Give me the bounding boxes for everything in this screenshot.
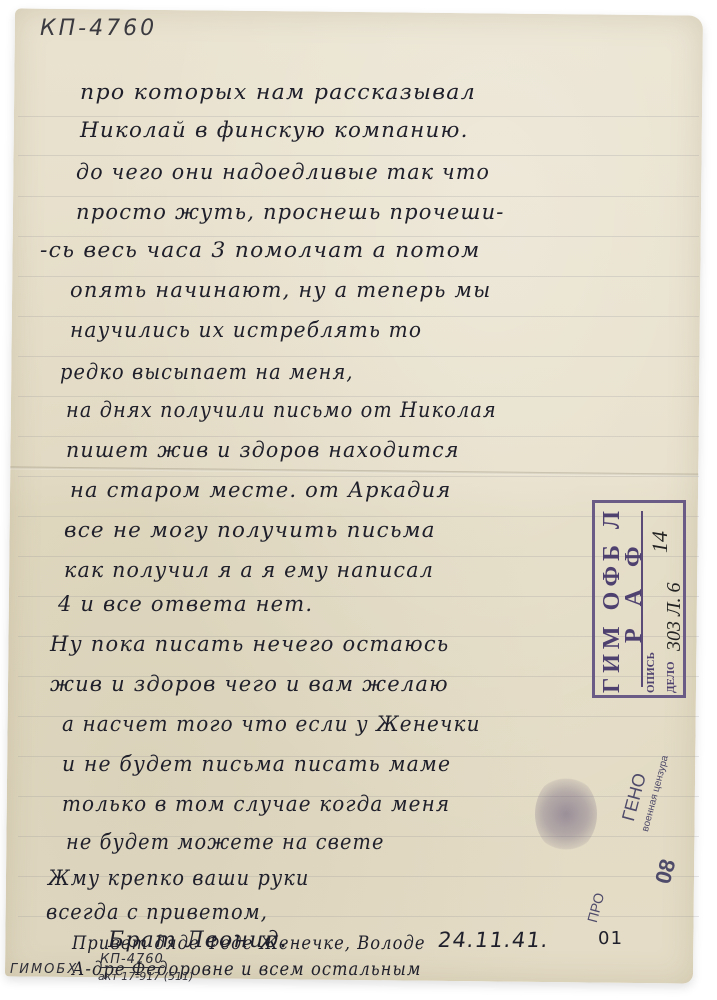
archive-denominator: акт 17-917 (511) [98, 970, 193, 983]
archive-stamp: ГИМ ОФБ Л Р А Ф ОПИСЬ ДЕЛО 14 303 Л. 6 [592, 500, 686, 698]
archive-prefix: ГИМОБХ [10, 962, 78, 977]
letter-line: Ну пока писать нечего остаюсь [50, 632, 449, 656]
letter-line: и не будет письма писать маме [62, 752, 451, 776]
letter-line: на днях получили письмо от Николая [66, 398, 497, 422]
letter-line: про которых нам рассказывал [80, 80, 476, 104]
letter-line: не будет можете на свете [66, 830, 385, 854]
stamp-line2: Р А Ф [621, 538, 648, 643]
archive-numerator: КП-4760 [100, 952, 164, 968]
letter-line: научились их истреблять то [70, 318, 422, 342]
letter-line: Николай в финскую компанию. [80, 118, 469, 142]
letter-line: опять начинают, ну а теперь мы [70, 278, 491, 302]
letter-line: а насчет того что если у Женечки [62, 712, 481, 736]
stamp-delo-label: ДЕЛО [665, 661, 677, 693]
letter-line: 4 и все ответа нет. [58, 592, 313, 616]
signature-line: Брат Леонид. [108, 928, 288, 953]
letter-line: просто жуть, проснешь прочеши- [76, 200, 505, 224]
date: 24.11.41. [436, 928, 550, 952]
letter-line: жив и здоров чего и вам желаю [50, 672, 449, 696]
catalog-number: КП-4760 [40, 16, 157, 41]
letter-line: только в том случае когда меня [62, 792, 450, 816]
letter-line: как получил я а я ему написал [64, 558, 434, 582]
letter-line: до чего они надоедливые так что [76, 160, 490, 184]
letter-line: -сь весь часа 3 помолчат а потом [40, 238, 481, 262]
stamp-opis-value: 14 [647, 531, 673, 553]
stamp-delo-value: 303 Л. 6 [663, 582, 686, 651]
letter-line: Жму крепко ваши руки [48, 866, 309, 890]
letter-line: все не могу получить письма [64, 518, 436, 542]
stamp-opis-label: ОПИСЬ [645, 652, 657, 693]
letter-line: пишет жив и здоров находится [66, 438, 460, 462]
round-seal-stamp [535, 775, 597, 853]
letter-line: редко высыпает на меня, [60, 360, 354, 384]
letter-line: всегда с приветом, [46, 900, 268, 924]
letter-line: на старом месте. от Аркадия [70, 478, 451, 502]
page-number: 01 [598, 928, 623, 949]
